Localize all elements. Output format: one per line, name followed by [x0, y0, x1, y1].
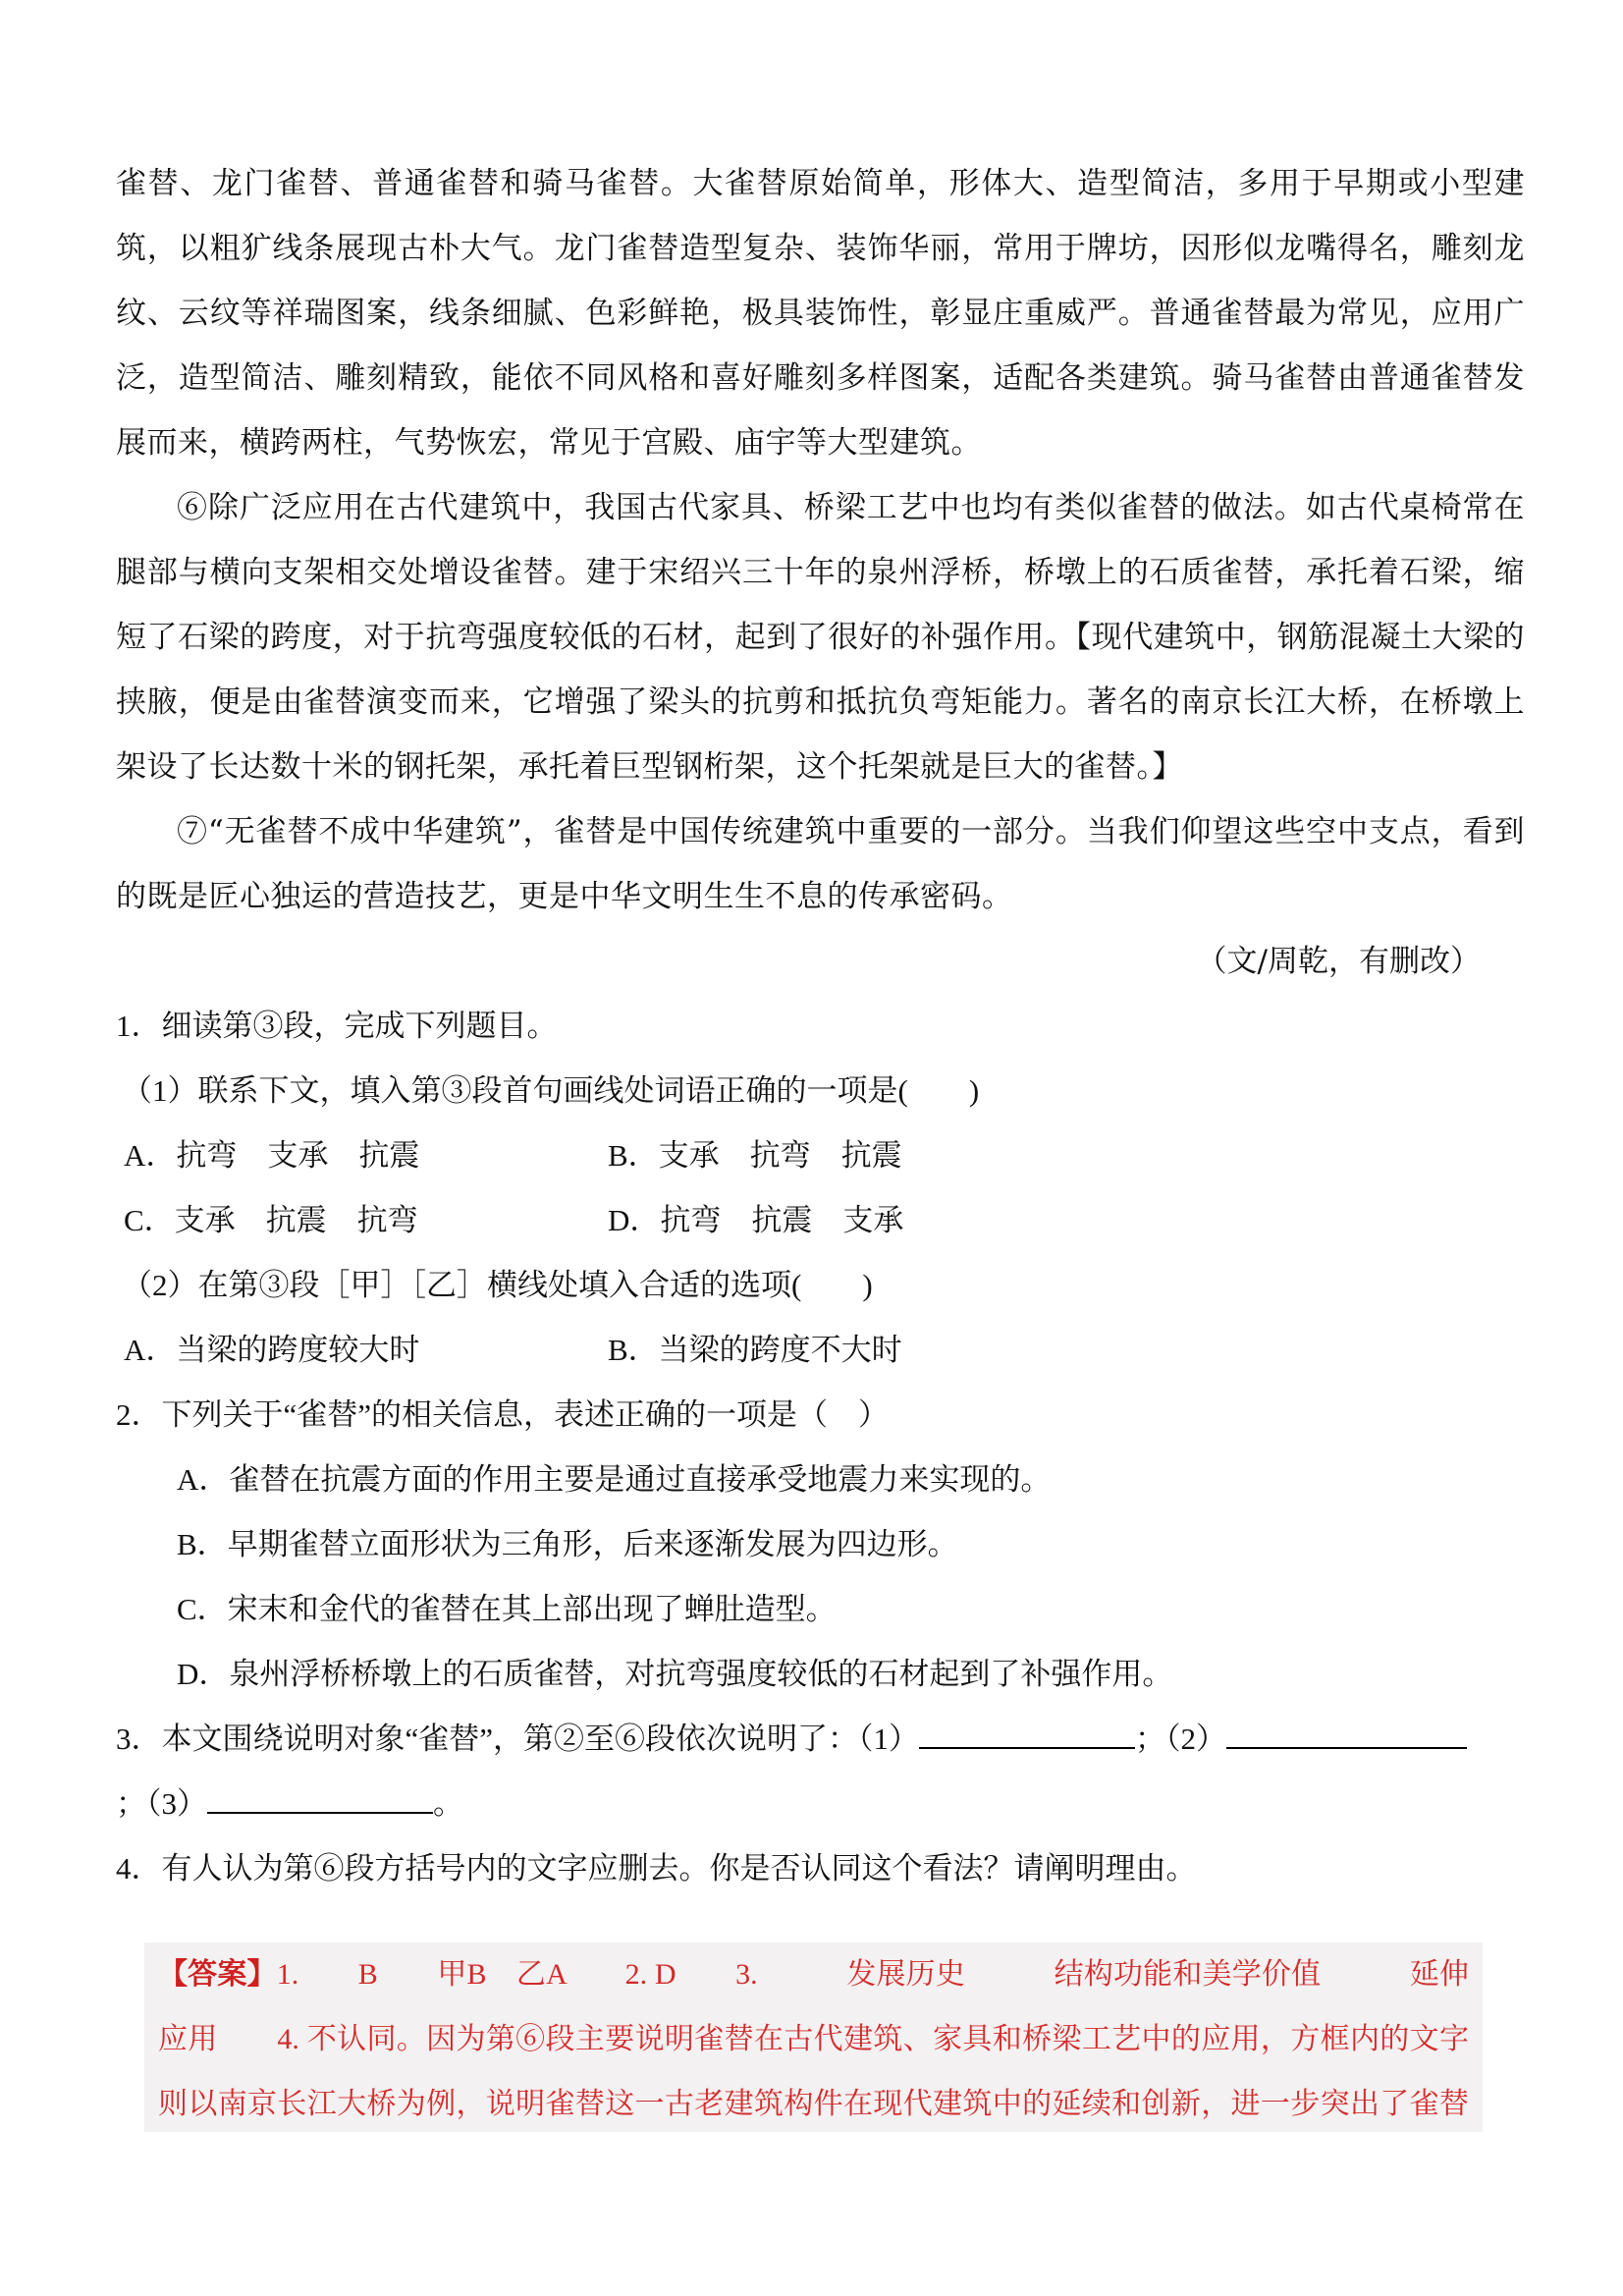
question-3-line-1: 3．本文围绕说明对象“雀替”，第②至⑥段依次说明了：（1）；（2）	[116, 1707, 1525, 1772]
answer-section: 【答案】1. B 甲B 乙A 2. D 3. 发展历史 结构功能和美学价值 延伸…	[144, 1942, 1483, 2132]
option-d: D．抗弯 抗震 支承	[608, 1203, 903, 1237]
document-body: 雀替、龙门雀替、普通雀替和骑马雀替。大雀替原始简单，形体大、造型简洁，多用于早期…	[0, 0, 1623, 2132]
question-3-suffix: 。	[433, 1786, 463, 1821]
option-a: A．当梁的跨度较大时	[124, 1318, 608, 1383]
question-1-stem: 1．细读第③段，完成下列题目。	[116, 994, 1525, 1059]
article-paragraph-continuation: 雀替、龙门雀替、普通雀替和骑马雀替。大雀替原始简单，形体大、造型简洁，多用于早期…	[116, 151, 1525, 475]
option-a: A．抗弯 支承 抗震	[124, 1123, 608, 1188]
question-3-prefix: 3．本文围绕说明对象“雀替”，第②至⑥段依次说明了：（1）	[116, 1722, 919, 1756]
article-paragraph-7: ⑦“无雀替不成中华建筑”，雀替是中国传统建筑中重要的一部分。当我们仰望这些空中支…	[116, 799, 1525, 929]
question-3-mid: ；（2）	[1135, 1722, 1226, 1756]
question-1-sub-1: （1）联系下文，填入第③段首句画线处词语正确的一项是( )	[116, 1059, 1525, 1123]
fill-in-blank-2	[1226, 1710, 1467, 1749]
question-2-option-c: C．宋末和金代的雀替在其上部出现了蝉肚造型。	[116, 1577, 1525, 1642]
fill-in-blank-3	[207, 1775, 433, 1814]
question-3-line2-prefix: ；（3）	[116, 1786, 207, 1821]
option-b: B．当梁的跨度不大时	[608, 1333, 902, 1367]
question-1-sub-1-options-row-1: A．抗弯 支承 抗震B．支承 抗弯 抗震	[116, 1123, 1525, 1188]
question-4-stem: 4．有人认为第⑥段方括号内的文字应删去。你是否认同这个看法？请阐明理由。	[116, 1836, 1525, 1901]
article-attribution: （文/周乾，有删改）	[116, 929, 1525, 994]
question-1-sub-2: （2）在第③段［甲］［乙］横线处填入合适的选项( )	[116, 1253, 1525, 1318]
answer-body: 1. B 甲B 乙A 2. D 3. 发展历史 结构功能和美学价值 延伸应用 4…	[158, 1958, 1469, 2132]
article-paragraph-6: ⑥除广泛应用在古代建筑中，我国古代家具、桥梁工艺中也均有类似雀替的做法。如古代桌…	[116, 475, 1525, 799]
question-1-sub-2-options-row: A．当梁的跨度较大时B．当梁的跨度不大时	[116, 1318, 1525, 1383]
question-2-stem: 2．下列关于“雀替”的相关信息，表述正确的一项是（ ）	[116, 1383, 1525, 1448]
answer-label: 【答案】	[158, 1958, 277, 1991]
question-1-sub-1-options-row-2: C．支承 抗震 抗弯D．抗弯 抗震 支承	[116, 1188, 1525, 1253]
option-c: C．支承 抗震 抗弯	[124, 1188, 608, 1253]
question-2-option-b: B．早期雀替立面形状为三角形，后来逐渐发展为四边形。	[116, 1512, 1525, 1577]
document-page: { "colors": { "page_background": "#fffff…	[0, 0, 1623, 2296]
question-2-option-d: D．泉州浮桥桥墩上的石质雀替，对抗弯强度较低的石材起到了补强作用。	[116, 1642, 1525, 1707]
question-2-option-a: A．雀替在抗震方面的作用主要是通过直接承受地震力来实现的。	[116, 1448, 1525, 1512]
answer-text: 【答案】1. B 甲B 乙A 2. D 3. 发展历史 结构功能和美学价值 延伸…	[158, 1942, 1469, 2132]
option-b: B．支承 抗弯 抗震	[608, 1138, 902, 1173]
fill-in-blank-1	[919, 1710, 1135, 1749]
question-3-line-2: ；（3）。	[116, 1772, 1525, 1836]
